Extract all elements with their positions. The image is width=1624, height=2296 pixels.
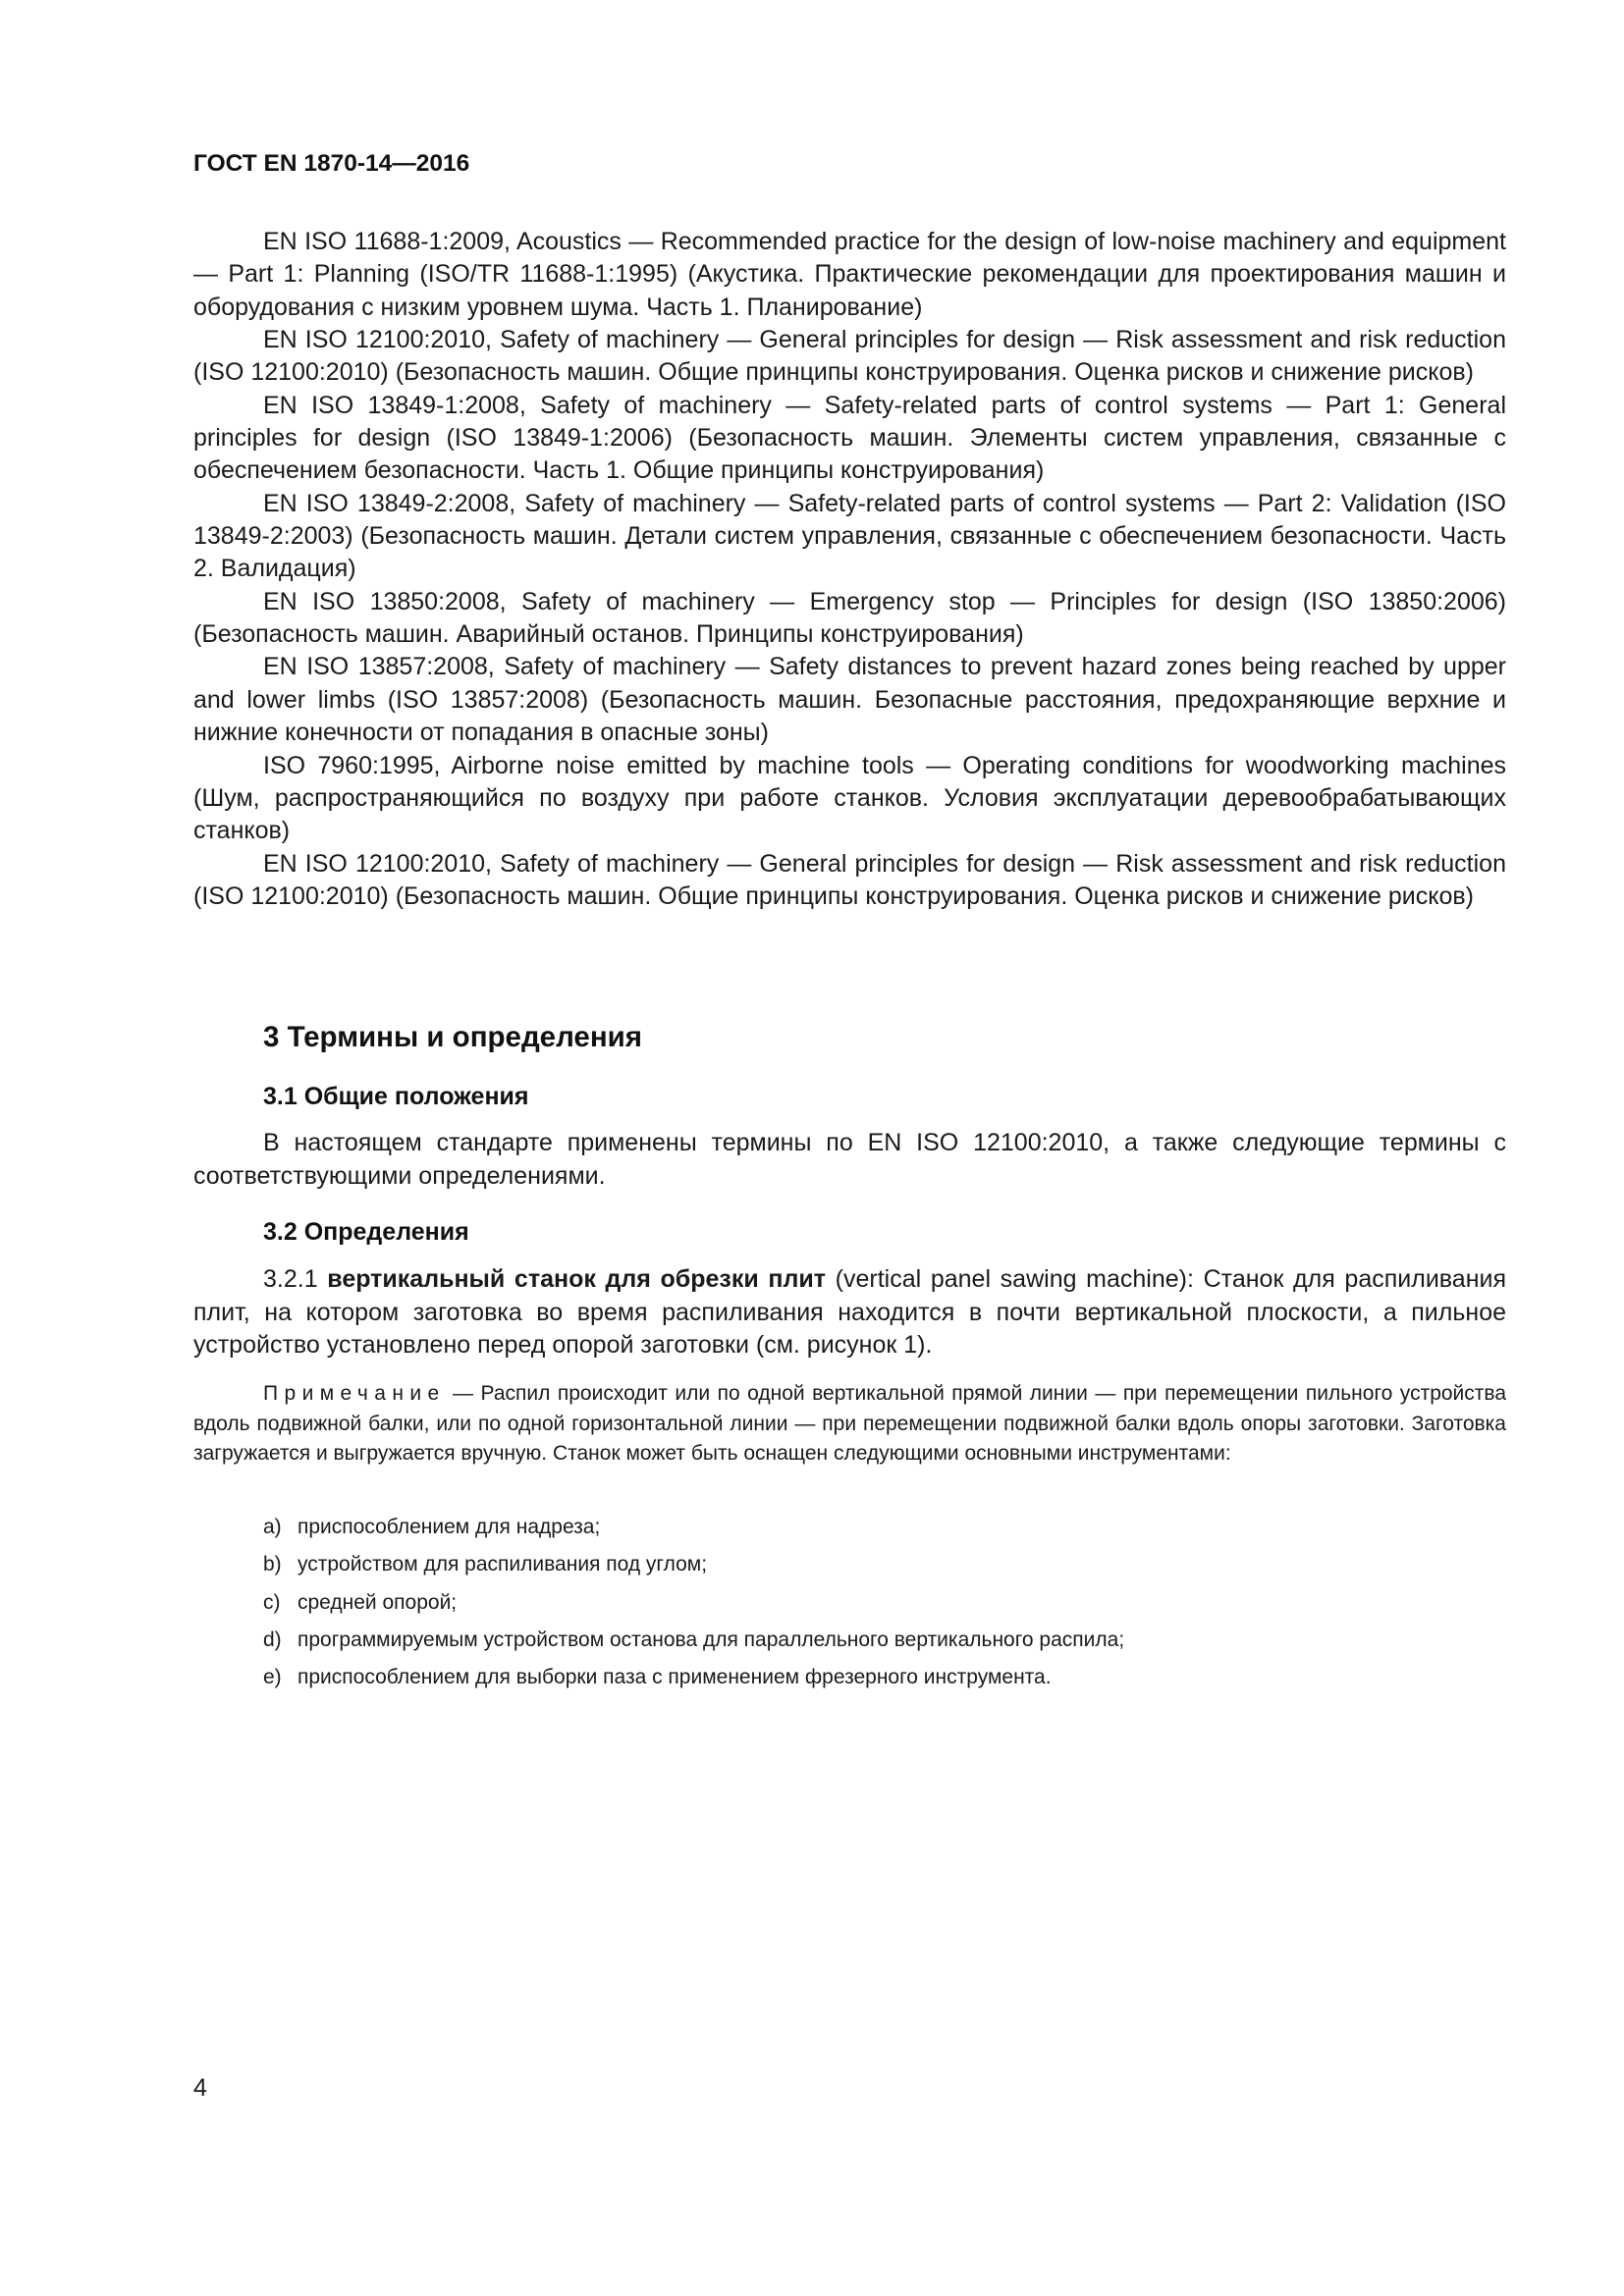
document-code-header: ГОСТ EN 1870-14—2016 — [193, 149, 469, 179]
reference-item: EN ISO 13849-2:2008, Safety of machinery… — [193, 488, 1506, 586]
list-marker: d) — [263, 1622, 298, 1659]
list-marker: a) — [263, 1509, 298, 1546]
reference-item: EN ISO 12100:2010, Safety of machinery —… — [193, 324, 1506, 390]
reference-item: EN ISO 13850:2008, Safety of machinery —… — [193, 586, 1506, 652]
tool-list: a)приспособлением для надреза; b)устройс… — [263, 1509, 1124, 1696]
list-item-text: средней опорой; — [298, 1584, 457, 1622]
list-item-text: программируемым устройством останова для… — [298, 1622, 1124, 1659]
reference-item: EN ISO 13857:2008, Safety of machinery —… — [193, 651, 1506, 749]
list-item-text: приспособлением для надреза; — [298, 1509, 600, 1546]
reference-item: ISO 7960:1995, Airborne noise emitted by… — [193, 750, 1506, 848]
tool-list-item: e)приспособлением для выборки паза с при… — [263, 1659, 1124, 1696]
page-number: 4 — [193, 2074, 207, 2102]
tool-list-item: b)устройством для распиливания под углом… — [263, 1546, 1124, 1583]
definition-term: вертикальный станок для обрезки плит — [327, 1265, 826, 1293]
subsection-title-definitions: 3.2 Определения — [263, 1217, 469, 1247]
list-item-text: приспособлением для выборки паза с приме… — [298, 1659, 1052, 1696]
list-marker: c) — [263, 1584, 298, 1622]
tool-list-item: c)средней опорой; — [263, 1584, 1124, 1622]
normative-references-list: EN ISO 11688-1:2009, Acoustics — Recomme… — [193, 226, 1506, 913]
general-provisions-text: В настоящем стандарте применены термины … — [193, 1127, 1506, 1193]
list-marker: b) — [263, 1546, 298, 1583]
reference-item: EN ISO 12100:2010, Safety of machinery —… — [193, 848, 1506, 914]
list-item-text: устройством для распиливания под углом; — [298, 1546, 707, 1583]
reference-item: EN ISO 13849-1:2008, Safety of machinery… — [193, 390, 1506, 488]
definition-number: 3.2.1 — [263, 1265, 318, 1293]
definition-item: 3.2.1 вертикальный станок для обрезки пл… — [193, 1263, 1506, 1362]
definition-note: Примечание — Распил происходит или по од… — [193, 1379, 1506, 1469]
note-label: Примечание — [263, 1382, 446, 1405]
reference-item: EN ISO 11688-1:2009, Acoustics — Recomme… — [193, 226, 1506, 324]
tool-list-item: a)приспособлением для надреза; — [263, 1509, 1124, 1546]
list-marker: e) — [263, 1659, 298, 1696]
subsection-title-general: 3.1 Общие положения — [263, 1082, 529, 1111]
section-title: 3 Термины и определения — [263, 1020, 642, 1055]
tool-list-item: d)программируемым устройством останова д… — [263, 1622, 1124, 1659]
